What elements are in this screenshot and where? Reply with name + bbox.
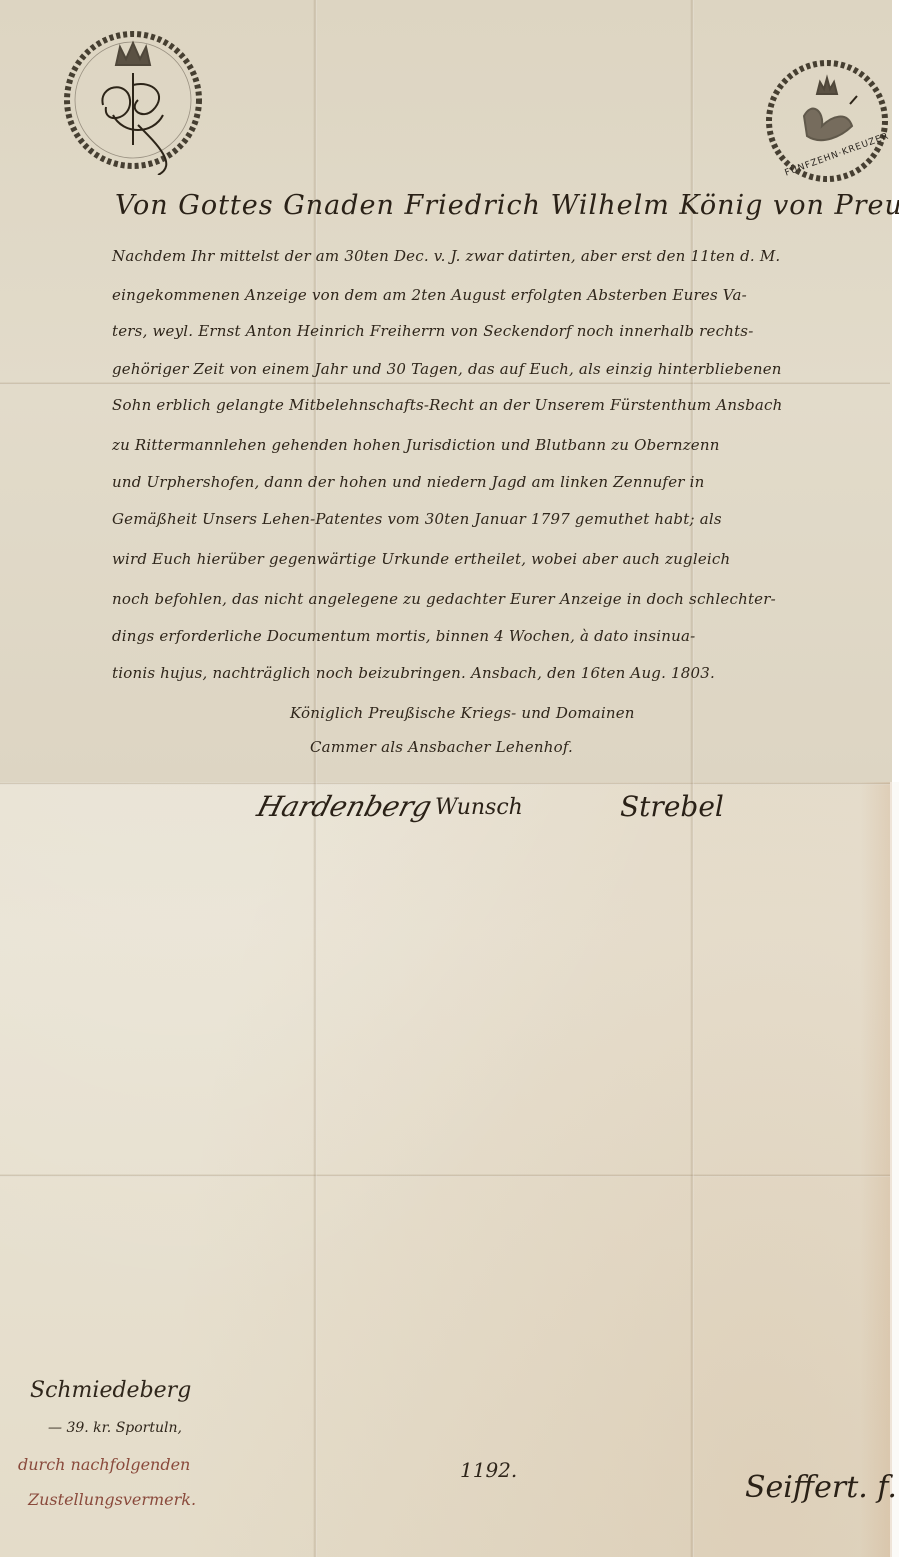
royal-monogram-seal-icon — [58, 25, 208, 175]
body-line: eingekommenen Anzeige von dem am 2ten Au… — [112, 286, 747, 304]
body-line: Sohn erblich gelangte Mitbelehnschafts-R… — [112, 396, 783, 414]
signature-wunsch: Wunsch — [435, 795, 523, 820]
fold-line-horizontal — [0, 782, 890, 785]
paper-edge-stain — [860, 782, 892, 1557]
signature-strebel: Strebel — [620, 790, 724, 823]
body-line: wird Euch hierüber gegenwärtige Urkunde … — [112, 550, 730, 568]
fold-line-vertical — [313, 0, 317, 1557]
body-line: noch befohlen, das nicht angelegene zu g… — [112, 590, 776, 608]
fold-line-vertical — [690, 0, 694, 1557]
address-place: Schmiedeberg — [30, 1378, 191, 1403]
countersignature: Seiffert. f. — [745, 1470, 897, 1505]
issuer-line: Königlich Preußische Kriegs- und Domaine… — [290, 704, 635, 722]
body-line: tionis hujus, nachträglich noch beizubri… — [112, 664, 715, 682]
fee-note: — 39. kr. Sportuln, — [48, 1420, 182, 1436]
scan-margin — [892, 0, 899, 782]
body-line: und Urphershofen, dann der hohen und nie… — [112, 473, 704, 491]
signature-hardenberg: Hardenberg — [254, 790, 436, 823]
body-line: Gemäßheit Unsers Lehen-Patentes vom 30te… — [112, 510, 722, 528]
document-heading: Von Gottes Gnaden Friedrich Wilhelm Köni… — [115, 190, 899, 221]
fold-line-horizontal — [0, 1174, 890, 1177]
red-note-line: durch nachfolgenden — [18, 1455, 190, 1474]
red-note-line: Zustellungsvermerk. — [28, 1490, 196, 1509]
file-number: 1192. — [460, 1458, 517, 1482]
body-line: ters, weyl. Ernst Anton Heinrich Freiher… — [112, 322, 753, 340]
body-line: dings erforderliche Documentum mortis, b… — [112, 627, 695, 645]
body-line: zu Rittermannlehen gehenden hohen Jurisd… — [112, 436, 720, 454]
issuer-line: Cammer als Ansbacher Lehenhof. — [310, 738, 573, 756]
eagle-tax-stamp-icon — [762, 56, 892, 186]
body-line: gehöriger Zeit von einem Jahr und 30 Tag… — [112, 360, 782, 378]
fold-line-horizontal — [0, 382, 890, 385]
body-line: Nachdem Ihr mittelst der am 30ten Dec. v… — [112, 247, 780, 265]
